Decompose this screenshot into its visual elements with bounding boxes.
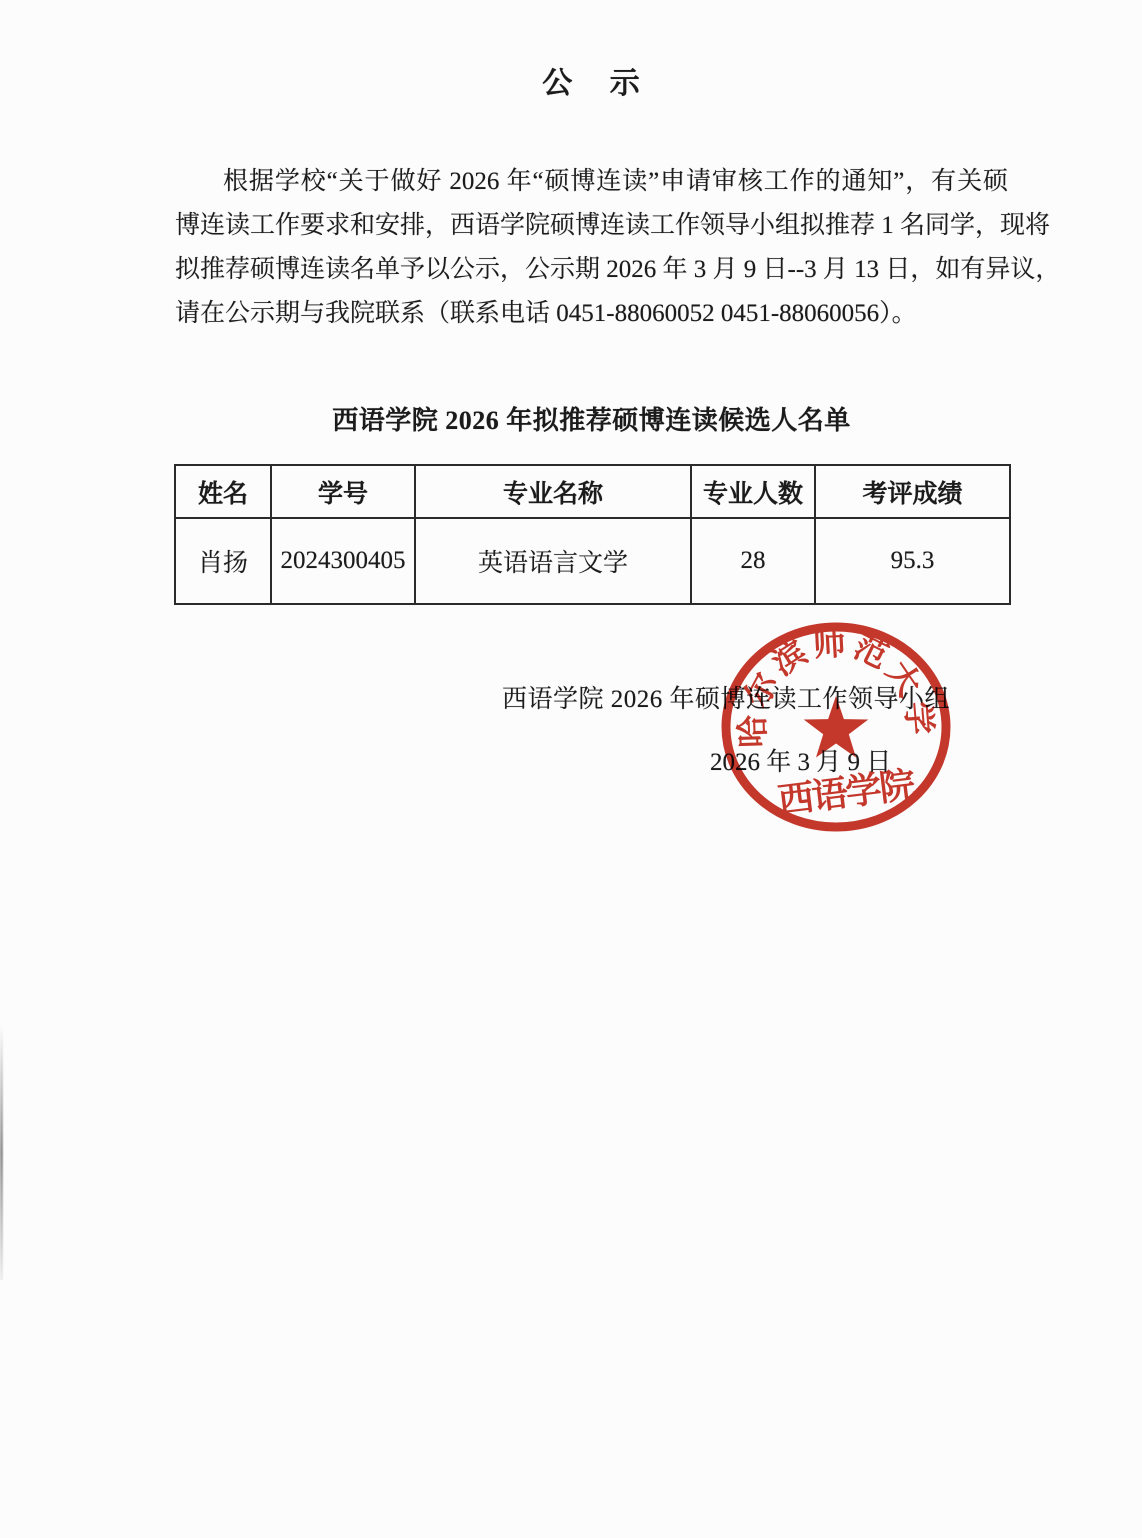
- table-row: 肖扬 2024300405 英语语言文学 28 95.3: [175, 518, 1010, 604]
- seal-ring: [726, 627, 946, 827]
- notice-paragraph: 根据学校“关于做好 2026 年“硕博连读”申请审核工作的通知”，有关硕 博连读…: [175, 160, 1008, 336]
- cell-major-count: 28: [691, 518, 815, 604]
- col-header-score: 考评成绩: [815, 465, 1010, 518]
- col-header-student-id: 学号: [271, 465, 415, 518]
- candidate-table: 姓名 学号 专业名称 专业人数 考评成绩 肖扬 2024300405 英语语言文…: [174, 464, 1011, 605]
- col-header-major-count: 专业人数: [691, 465, 815, 518]
- paragraph-line: 请在公示期与我院联系（联系电话 0451-88060052 0451-88060…: [175, 292, 1008, 336]
- paragraph-line: 拟推荐硕博连读名单予以公示，公示期 2026 年 3 月 9 日--3 月 13…: [175, 248, 1008, 292]
- col-header-name: 姓名: [175, 465, 271, 518]
- table-header-row: 姓名 学号 专业名称 专业人数 考评成绩: [175, 465, 1010, 518]
- table-title: 西语学院 2026 年拟推荐硕博连读候选人名单: [175, 400, 1008, 437]
- cell-student-id: 2024300405: [271, 518, 415, 604]
- official-seal-stamp: 哈尔滨师范大学 西语学院: [700, 598, 972, 850]
- signature-line: 西语学院 2026 年硕博连读工作领导小组: [502, 679, 950, 715]
- cell-name: 肖扬: [175, 518, 271, 604]
- cell-major: 英语语言文学: [415, 518, 691, 604]
- scan-artifact: [0, 1025, 3, 1280]
- page-title: 公 示: [175, 58, 1008, 102]
- cell-score: 95.3: [815, 518, 1010, 604]
- col-header-major: 专业名称: [415, 465, 691, 518]
- document-page: 公 示 根据学校“关于做好 2026 年“硕博连读”申请审核工作的通知”，有关硕…: [0, 0, 1142, 1538]
- date-line: 2026 年 3 月 9 日: [710, 742, 891, 778]
- paragraph-line: 根据学校“关于做好 2026 年“硕博连读”申请审核工作的通知”，有关硕: [175, 160, 1008, 204]
- paragraph-line: 博连读工作要求和安排，西语学院硕博连读工作领导小组拟推荐 1 名同学，现将: [175, 204, 1008, 248]
